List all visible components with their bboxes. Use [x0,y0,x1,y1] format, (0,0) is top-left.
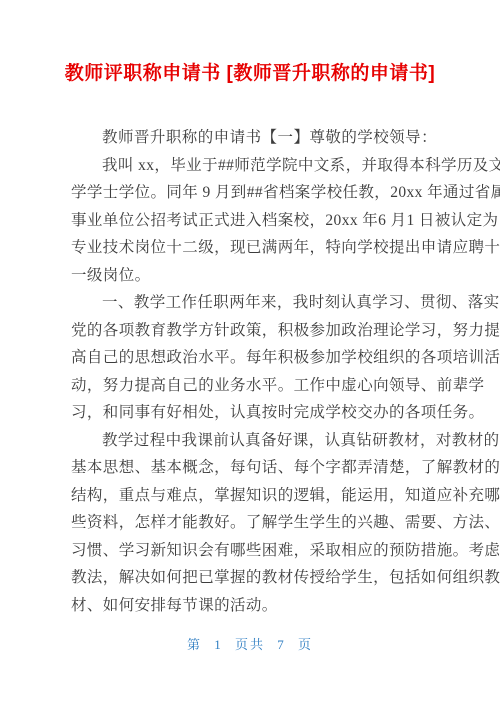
body-line: 习惯、学习新知识会有哪些困难，采取相应的预防措施。考虑 [71,537,437,565]
body-line: 我叫 xx，毕业于##师范学院中文系，并取得本科学历及文 [71,152,437,180]
body-line: 习，和同事有好相处，认真按时完成学校交办的各项任务。 [71,399,437,427]
body-line: 专业技术岗位十二级，现已满两年，特向学校提出申请应聘十 [71,234,437,262]
body-line: 一级岗位。 [71,262,437,290]
body-line: 动，努力提高自己的业务水平。工作中虚心向领导、前辈学 [71,372,437,400]
document-body: 教师晋升职称的申请书【一】尊敬的学校领导：我叫 xx，毕业于##师范学院中文系，… [71,124,437,619]
body-line: 教学过程中我课前认真备好课，认真钻研教材，对教材的 [71,427,437,455]
document-page: 教师评职称申请书 [教师晋升职称的申请书] 教师晋升职称的申请书【一】尊敬的学校… [0,0,500,707]
body-line: 结构，重点与难点，掌握知识的逻辑，能运用，知道应补充哪 [71,482,437,510]
page-title: 教师评职称申请书 [教师晋升职称的申请书] [0,58,500,90]
body-line: 教师晋升职称的申请书【一】尊敬的学校领导： [71,124,437,152]
body-line: 高自己的思想政治水平。每年积极参加学校组织的各项培训活 [71,344,437,372]
body-line: 些资料，怎样才能教好。了解学生学生的兴趣、需要、方法、 [71,509,437,537]
body-line: 基本思想、基本概念，每句话、每个字都弄清楚，了解教材的 [71,454,437,482]
body-line: 事业单位公招考试正式进入档案校，20xx 年6 月1 日被认定为 [71,207,437,235]
body-line: 教法，解决如何把已掌握的教材传授给学生，包括如何组织教 [71,564,437,592]
body-line: 一、教学工作任职两年来，我时刻认真学习、贯彻、落实 [71,289,437,317]
body-line: 材、如何安排每节课的活动。 [71,592,437,620]
page-number-indicator: 第 1 页共 7 页 [0,634,500,656]
body-line: 学学士学位。同年 9 月到##省档案学校任教，20xx 年通过省属 [71,179,437,207]
body-line: 党的各项教育教学方针政策，积极参加政治理论学习，努力提 [71,317,437,345]
